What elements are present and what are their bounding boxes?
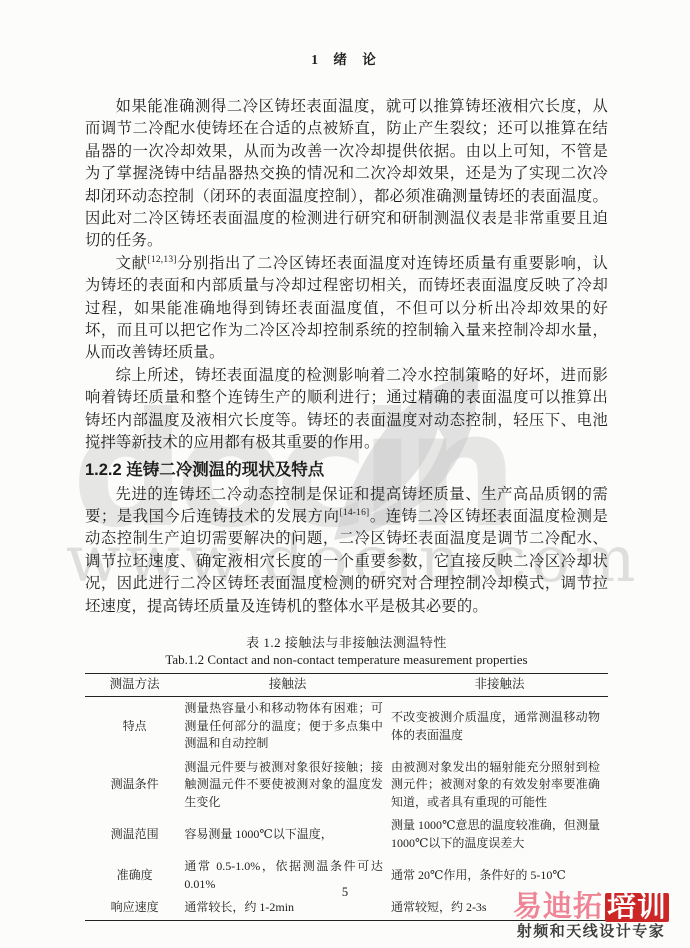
table-caption-en: Tab.1.2 Contact and non-contact temperat…	[85, 651, 608, 668]
chapter-title: 1 绪 论	[85, 48, 608, 68]
branding-logo: 易迪拓培训	[502, 891, 680, 923]
paragraph-2: 文献[12,13]分别指出了二冷区铸坯表面温度对连铸坯质量有重要影响，认为铸坯的…	[85, 253, 608, 365]
column-header-method: 测温方法	[85, 673, 184, 697]
column-header-noncontact: 非接触法	[391, 673, 608, 697]
branding-logo-red: 培训	[605, 893, 669, 922]
branding-watermark: 易迪拓培训 射频和天线设计专家	[502, 891, 680, 942]
row-method-label: 响应速度	[85, 896, 184, 920]
row-contact-cell: 测量热容量小和移动物体有困难；可测量任何部分的温度；便于多点集中测温和自动控制	[184, 697, 391, 756]
table-row: 特点 测量热容量小和移动物体有困难；可测量任何部分的温度；便于多点集中测温和自动…	[85, 697, 608, 756]
row-method-label: 测温范围	[85, 814, 184, 855]
row-noncontact-cell: 测量 1000℃意思的温度较准确，但测量 1000℃以下的温度误差大	[391, 814, 608, 855]
table-row: 测温条件 测温元件要与被测对象很好接触；接触测温元件不要使被测对象的温度发生变化…	[85, 756, 608, 815]
row-contact-cell: 测温元件要与被测对象很好接触；接触测温元件不要使被测对象的温度发生变化	[184, 756, 391, 815]
row-contact-cell: 通常较长，约 1-2min	[184, 896, 391, 920]
branding-subtitle: 射频和天线设计专家	[502, 923, 680, 942]
table-1-2-block: 表 1.2 接触法与非接触法测温特性 Tab.1.2 Contact and n…	[85, 634, 608, 921]
paragraph-2-text: 文献	[116, 255, 148, 272]
table-header-row: 测温方法 接触法 非接触法	[85, 673, 608, 697]
row-noncontact-cell: 不改变被测介质温度，通常测温移动物体的表面温度	[391, 697, 608, 756]
table-row: 测温范围 容易测量 1000℃以下温度， 测量 1000℃意思的温度较准确，但测…	[85, 814, 608, 855]
row-noncontact-cell: 由被测对象发出的辐射能充分照射到检测元件；被测对象的有效发射率要准确知道，或者具…	[391, 756, 608, 815]
row-contact-cell: 容易测量 1000℃以下温度，	[184, 814, 391, 855]
paragraph-1: 如果能准确测得二冷区铸坯表面温度，就可以推算铸坯液相穴长度，从而调节二冷配水使铸…	[85, 96, 608, 253]
row-method-label: 特点	[85, 697, 184, 756]
paragraph-4: 先进的连铸坯二冷动态控制是保证和提高铸坯质量、生产高品质钢的需要；是我国今后连铸…	[85, 484, 608, 618]
citation-ref-12-13: [12,13]	[148, 255, 177, 265]
measurement-comparison-table: 测温方法 接触法 非接触法 特点 测量热容量小和移动物体有困难；可测量任何部分的…	[85, 673, 608, 921]
branding-logo-pink: 易迪拓	[513, 891, 603, 923]
page-content: 1 绪 论 如果能准确测得二冷区铸坯表面温度，就可以推算铸坯液相穴长度，从而调节…	[85, 48, 608, 921]
row-method-label: 测温条件	[85, 756, 184, 815]
paragraph-2-rest: 分别指出了二冷区铸坯表面温度对连铸坯质量有重要影响，认为铸坯的表面和内部质量与冷…	[85, 255, 608, 362]
citation-ref-14-16: [14-16]	[340, 508, 370, 518]
thesis-page: docin www.docin.com 1 绪 论 如果能准确测得二冷区铸坯表面…	[0, 0, 690, 948]
section-heading-1-2-2: 1.2.2 连铸二冷测温的现状及特点	[85, 458, 608, 482]
column-header-contact: 接触法	[184, 673, 391, 697]
table-caption-zh: 表 1.2 接触法与非接触法测温特性	[85, 634, 608, 651]
paragraph-3: 综上所述，铸坯表面温度的检测影响着二冷水控制策略的好坏，进而影响着铸坯质量和整个…	[85, 365, 608, 455]
